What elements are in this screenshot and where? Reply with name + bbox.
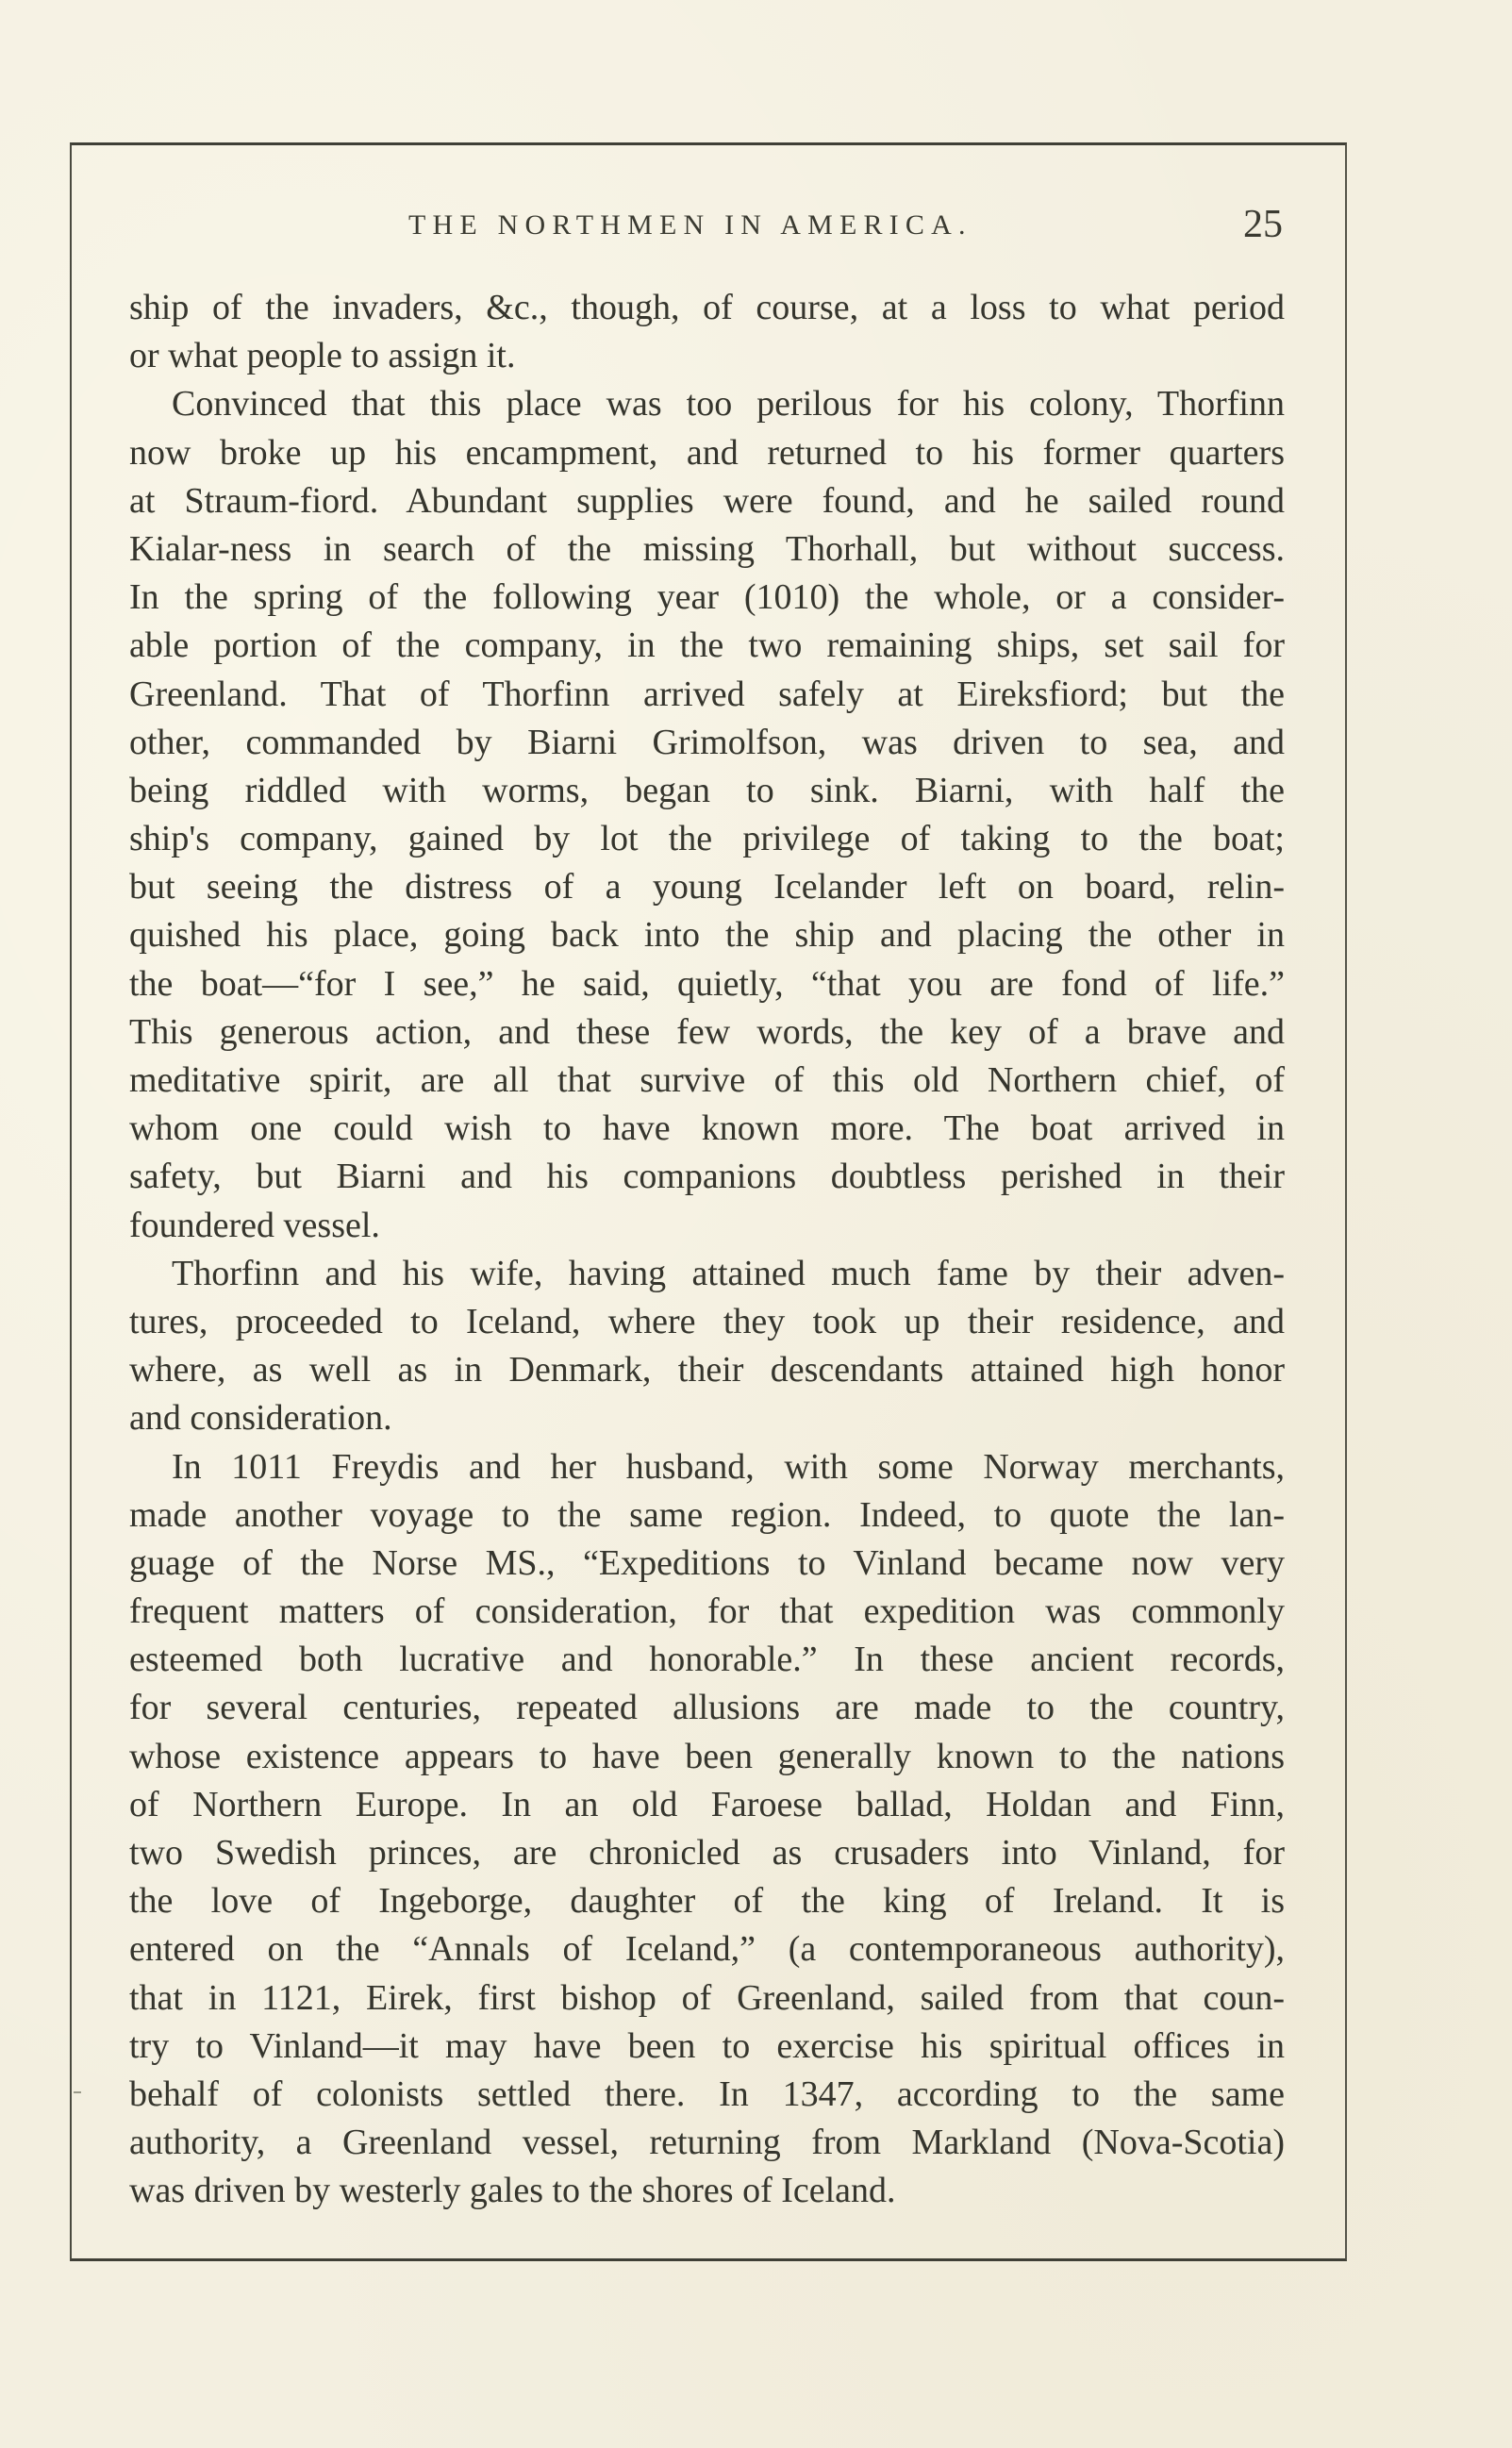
text-line: Kialar-ness in search of the missing Tho… (129, 525, 1285, 574)
running-head: THE NORTHMEN IN AMERICA. (408, 209, 1012, 241)
text-line: guage of the Norse MS., “Expeditions to … (129, 1540, 1285, 1588)
text-line: the love of Ingeborge, daughter of the k… (129, 1877, 1285, 1925)
text-line: made another voyage to the same region. … (129, 1491, 1285, 1540)
text-line: of Northern Europe. In an old Faroese ba… (129, 1781, 1285, 1829)
text-line: able portion of the company, in the two … (129, 622, 1285, 670)
text-line: This generous action, and these few word… (129, 1008, 1285, 1057)
text-line: frequent matters of consideration, for t… (129, 1588, 1285, 1636)
text-line: but seeing the distress of a young Icela… (129, 863, 1285, 911)
paragraph-first-line: Convinced that this place was too perilo… (129, 380, 1285, 428)
text-line: Greenland. That of Thorfinn arrived safe… (129, 671, 1285, 719)
text-line: ship of the invaders, &c., though, of co… (129, 284, 1285, 332)
text-line: ship's company, gained by lot the privil… (129, 815, 1285, 863)
text-line: being riddled with worms, began to sink.… (129, 767, 1285, 815)
text-line: for several centuries, repeated allusion… (129, 1684, 1285, 1732)
paragraph-first-line: Thorfinn and his wife, having attained m… (129, 1250, 1285, 1298)
paragraph-first-line: In 1011 Freydis and her husband, with so… (129, 1443, 1285, 1491)
text-line: meditative spirit, are all that survive … (129, 1057, 1285, 1105)
body-text: ship of the invaders, &c., though, of co… (129, 284, 1285, 2216)
text-line: the boat—“for I see,” he said, quietly, … (129, 960, 1285, 1008)
text-line: safety, but Biarni and his companions do… (129, 1153, 1285, 1201)
text-line: authority, a Greenland vessel, returning… (129, 2119, 1285, 2167)
text-line: was driven by westerly gales to the shor… (129, 2167, 1285, 2215)
text-line: two Swedish princes, are chronicled as c… (129, 1829, 1285, 1877)
text-line: other, commanded by Biarni Grimolfson, w… (129, 719, 1285, 767)
text-line: and consideration. (129, 1394, 1285, 1442)
text-line: that in 1121, Eirek, first bishop of Gre… (129, 1974, 1285, 2023)
text-line: now broke up his encampment, and returne… (129, 429, 1285, 477)
margin-mark (74, 2091, 81, 2093)
text-line: esteemed both lucrative and honorable.” … (129, 1636, 1285, 1684)
text-line: quished his place, going back into the s… (129, 911, 1285, 959)
text-line: where, as well as in Denmark, their desc… (129, 1346, 1285, 1394)
text-line: foundered vessel. (129, 1202, 1285, 1250)
page-number: 25 (1243, 202, 1283, 247)
text-line: entered on the “Annals of Iceland,” (a c… (129, 1925, 1285, 1973)
text-line: behalf of colonists settled there. In 13… (129, 2071, 1285, 2119)
text-line: try to Vinland—it may have been to exerc… (129, 2023, 1285, 2071)
text-line: whose existence appears to have been gen… (129, 1733, 1285, 1781)
text-line: In the spring of the following year (101… (129, 574, 1285, 622)
text-line: or what people to assign it. (129, 332, 1285, 380)
text-line: whom one could wish to have known more. … (129, 1105, 1285, 1153)
text-line: at Straum-fiord. Abundant supplies were … (129, 477, 1285, 525)
text-line: tures, proceeded to Iceland, where they … (129, 1298, 1285, 1346)
